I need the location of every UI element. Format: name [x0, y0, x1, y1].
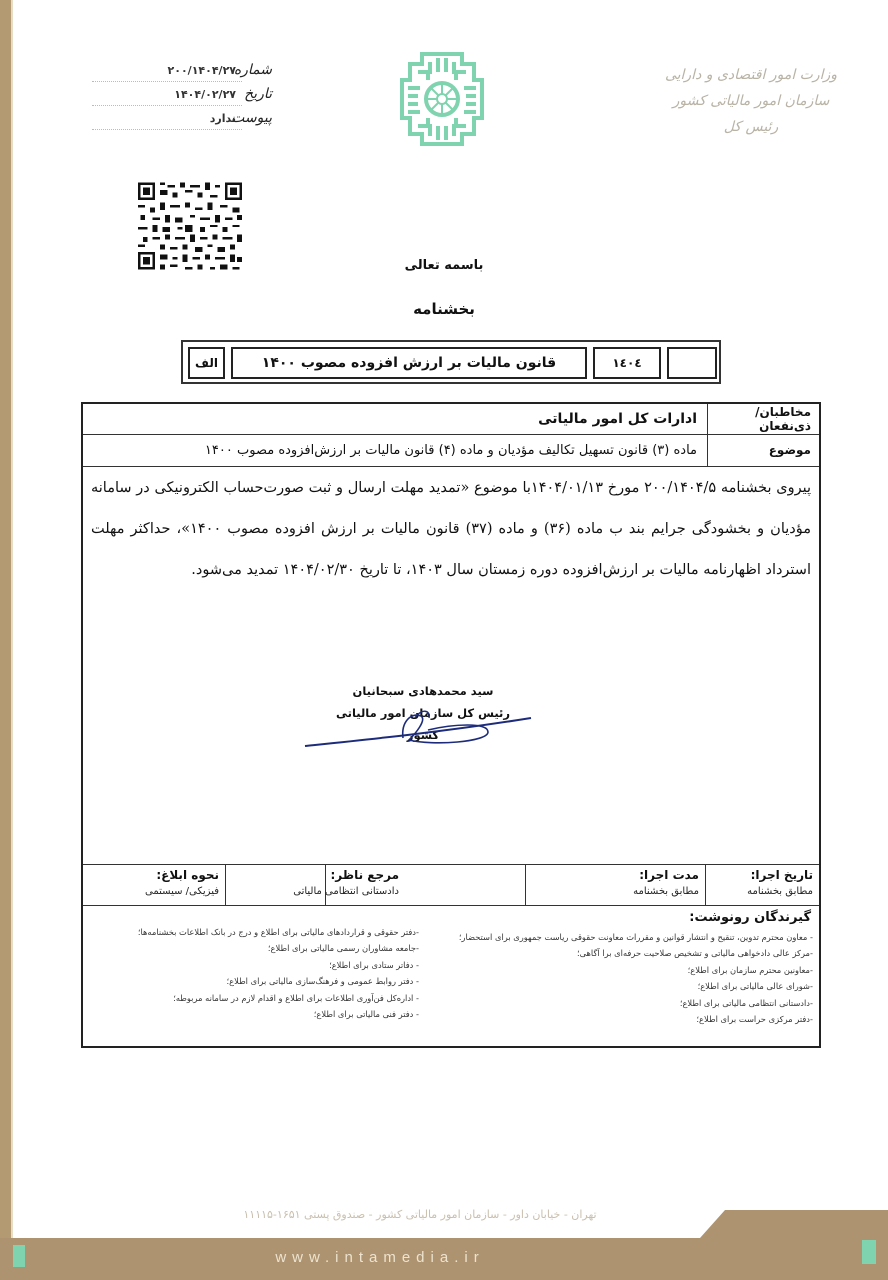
- invocation-heading: باسمه تعالی: [0, 258, 888, 273]
- execution-duration-cell: مدت اجرا: مطابق بخشنامه: [525, 865, 705, 905]
- meta-attachment: پیوست ندارد: [92, 110, 272, 134]
- meta-value: ۱۴۰۴/۰۲/۲۷: [174, 88, 236, 101]
- addressee-label: مخاطبان/ذی‌نفعان: [707, 404, 819, 434]
- execution-duration-value: مطابق بخشنامه: [526, 884, 699, 900]
- ministry-line: وزارت امور اقتصادی و دارایی: [656, 62, 846, 88]
- supervisor-cell: مرجع ناظر: دادستانی انتظامی مالیاتی: [225, 865, 405, 905]
- meta-label: شماره: [234, 62, 272, 78]
- meta-value: ندارد: [210, 112, 236, 125]
- subject-value: ماده (۳) قانون تسهیل تکالیف مؤدیان و ماد…: [89, 434, 697, 466]
- cc-item: - اداره‌کل فن‌آوری اطلاعات برای اطلاع و …: [89, 990, 419, 1006]
- subject-row: موضوع ماده (۳) قانون تسهیل تکالیف مؤدیان…: [83, 434, 819, 467]
- cc-item: - معاون محترم تدوین، تنقیح و انتشار قوان…: [413, 929, 813, 945]
- supervisor-label: مرجع ناظر:: [226, 867, 399, 884]
- footer-address: تهران - خیابان داور - سازمان امور مالیات…: [120, 1208, 720, 1221]
- meta-dotted-line: [92, 81, 242, 82]
- cc-item: -دفتر مرکزی حراست برای اطلاع؛: [413, 1011, 813, 1027]
- empty-code-cell: [667, 347, 717, 379]
- addressee-value: ادارات کل امور مالیاتی: [89, 404, 697, 434]
- cc-item: -معاونین محترم سازمان برای اطلاع؛: [413, 962, 813, 978]
- ministry-header: وزارت امور اقتصادی و دارایی سازمان امور …: [656, 62, 846, 140]
- execution-duration-label: مدت اجرا:: [526, 867, 699, 884]
- meta-value: ۲۰۰/۱۴۰۴/۲۷: [168, 64, 236, 77]
- document-type-heading: بخشنامه: [0, 300, 888, 318]
- execution-info-row: تاریخ اجرا: مطابق بخشنامه مدت اجرا: مطاب…: [83, 864, 819, 906]
- cc-item: -مرکز عالی دادخواهی مالیاتی و تشخیص صلاح…: [413, 945, 813, 961]
- series-cell: الف: [188, 347, 225, 379]
- cc-item: -شورای عالی مالیاتی برای اطلاع؛: [413, 978, 813, 994]
- execution-date-value: مطابق بخشنامه: [706, 884, 813, 900]
- ministry-line: رئیس کل: [656, 114, 846, 140]
- supervisor-value: دادستانی انتظامی مالیاتی: [226, 884, 399, 900]
- cc-item: -دادستانی انتظامی مالیاتی برای اطلاع؛: [413, 995, 813, 1011]
- delivery-method-value: فیزیکی/ سیستمی: [83, 884, 219, 900]
- ministry-line: سازمان امور مالیاتی کشور: [656, 88, 846, 114]
- meta-label: تاریخ: [244, 86, 272, 102]
- meta-number: شماره ۲۰۰/۱۴۰۴/۲۷: [92, 62, 272, 86]
- execution-date-label: تاریخ اجرا:: [706, 867, 813, 884]
- law-title-cell: قانون مالیات بر ارزش افزوده مصوب ۱۴۰۰: [231, 347, 587, 379]
- cc-list-left: -دفتر حقوقی و قراردادهای مالیاتی برای اط…: [89, 924, 419, 1022]
- green-square-marker-right: [862, 1240, 876, 1264]
- watermark-url[interactable]: www.intamedia.ir: [240, 1249, 520, 1266]
- delivery-method-label: نحوه ابلاغ:: [83, 867, 219, 884]
- circular-body-table: مخاطبان/ذی‌نفعان ادارات کل امور مالیاتی …: [81, 402, 821, 1048]
- cc-item: -دفتر حقوقی و قراردادهای مالیاتی برای اط…: [89, 924, 419, 940]
- page-frame-edge: [11, 0, 13, 1280]
- signature-icon: [303, 704, 533, 752]
- cc-list-right: - معاون محترم تدوین، تنقیح و انتشار قوان…: [413, 929, 813, 1027]
- page-frame-left: [0, 0, 11, 1280]
- year-cell: ١٤٠٤: [593, 347, 661, 379]
- cc-item: - دفتر فنی مالیاتی برای اطلاع؛: [89, 1006, 419, 1022]
- cc-item: - دفتر روابط عمومی و فرهنگ‌سازی مالیاتی …: [89, 973, 419, 989]
- execution-date-cell: تاریخ اجرا: مطابق بخشنامه: [705, 865, 819, 905]
- circular-code-box: الف قانون مالیات بر ارزش افزوده مصوب ۱۴۰…: [181, 340, 721, 384]
- circular-body-text: پیروی بخشنامه ۲۰۰/۱۴۰۴/۵ مورخ ۱۴۰۴/۰۱/۱۳…: [91, 468, 811, 591]
- subject-label: موضوع: [707, 434, 819, 466]
- meta-dotted-line: [92, 129, 242, 130]
- signatory-name: سید محمدهادی سبحانیان: [323, 680, 523, 702]
- delivery-method-cell: نحوه ابلاغ: فیزیکی/ سیستمی: [83, 865, 225, 905]
- green-square-marker-left: [13, 1245, 25, 1267]
- meta-label: پیوست: [231, 110, 272, 126]
- letter-meta: شماره ۲۰۰/۱۴۰۴/۲۷ تاریخ ۱۴۰۴/۰۲/۲۷ پیوست…: [92, 62, 272, 134]
- cc-item: - دفاتر ستادی برای اطلاع؛: [89, 957, 419, 973]
- cc-item: -جامعه مشاوران رسمی مالیاتی برای اطلاع؛: [89, 940, 419, 956]
- emblem-logo-icon: [400, 50, 484, 148]
- cc-recipients-title: گیرندگان رونوشت:: [689, 910, 811, 925]
- meta-date: تاریخ ۱۴۰۴/۰۲/۲۷: [92, 86, 272, 110]
- meta-dotted-line: [92, 105, 242, 106]
- addressee-row: مخاطبان/ذی‌نفعان ادارات کل امور مالیاتی: [83, 404, 819, 435]
